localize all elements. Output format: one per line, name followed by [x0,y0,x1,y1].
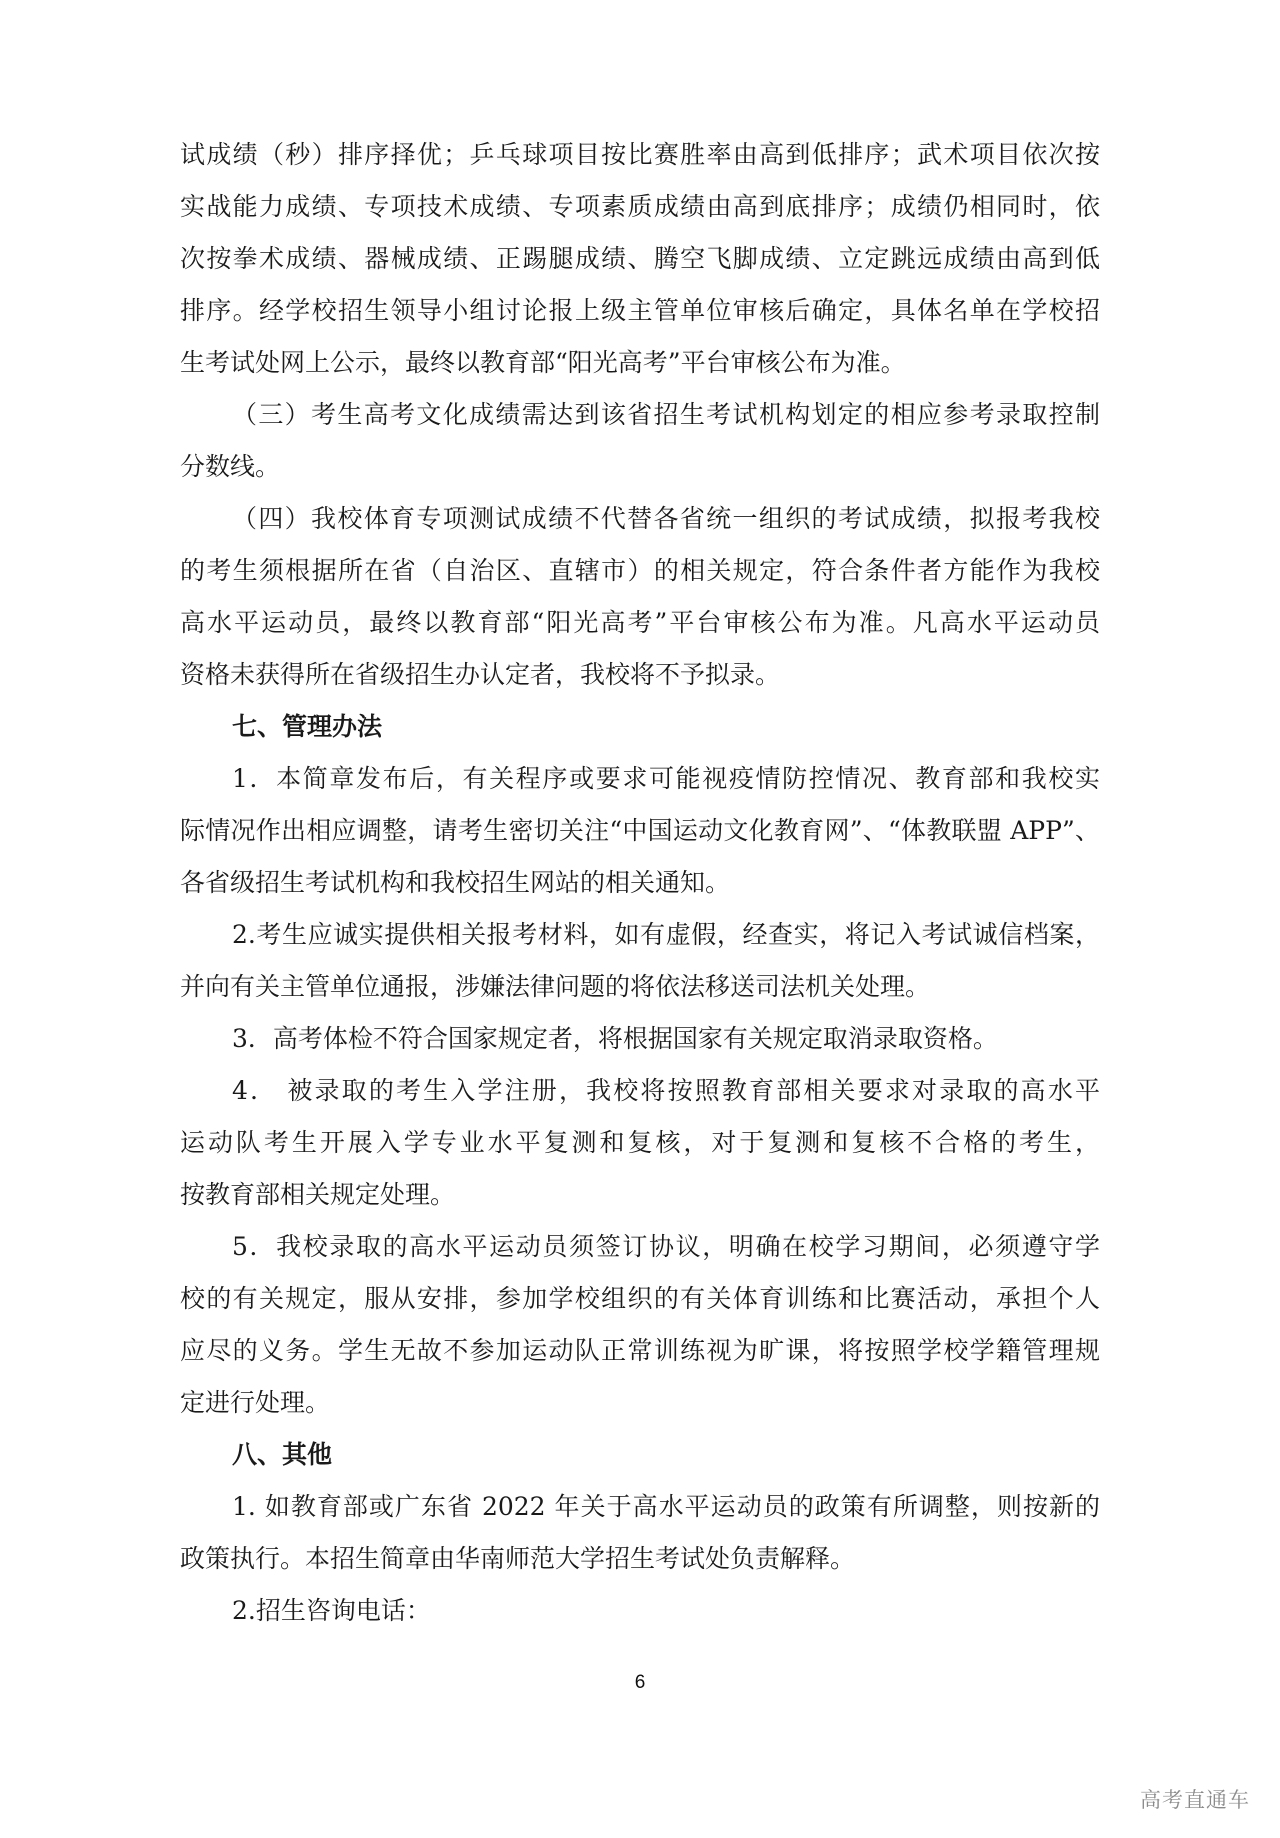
text-line: 排序。经学校招生领导小组讨论报上级主管单位审核后确定，具体名单在学校招 [180,285,1100,337]
text-line: 生考试处网上公示，最终以教育部“阳光高考”平台审核公布为准。 [180,337,1100,389]
text-line: 分数线。 [180,441,1100,493]
list-item-3: 3．高考体检不符合国家规定者，将根据国家有关规定取消录取资格。 [180,1013,1100,1065]
watermark: 高考直通车 [1140,1784,1250,1814]
list-item-4-start: 4． 被录取的考生入学注册，我校将按照教育部相关要求对录取的高水平 [180,1065,1100,1117]
page-number: 6 [620,1672,660,1694]
text-line: 并向有关主管单位通报，涉嫌法律问题的将依法移送司法机关处理。 [180,961,1100,1013]
section-heading-management: 七、管理办法 [180,701,1100,753]
list-item-2-start: 2.考生应诚实提供相关报考材料，如有虚假，经查实，将记入考试诚信档案， [180,909,1100,961]
paragraph-three-start: （三）考生高考文化成绩需达到该省招生考试机构划定的相应参考录取控制 [180,389,1100,441]
text-line: 运动队考生开展入学专业水平复测和复核，对于复测和复核不合格的考生， [180,1117,1100,1169]
paragraph-four-start: （四）我校体育专项测试成绩不代替各省统一组织的考试成绩，拟报考我校 [180,493,1100,545]
text-line: 资格未获得所在省级招生办认定者，我校将不予拟录。 [180,649,1100,701]
text-line: 高水平运动员，最终以教育部“阳光高考”平台审核公布为准。凡高水平运动员 [180,597,1100,649]
text-line: 政策执行。本招生简章由华南师范大学招生考试处负责解释。 [180,1533,1100,1585]
text-line: 各省级招生考试机构和我校招生网站的相关通知。 [180,857,1100,909]
list-item-5-start: 5．我校录取的高水平运动员须签订协议，明确在校学习期间，必须遵守学 [180,1221,1100,1273]
list-item-1-start: 1．本简章发布后，有关程序或要求可能视疫情防控情况、教育部和我校实 [180,753,1100,805]
text-line: 实战能力成绩、专项技术成绩、专项素质成绩由高到底排序；成绩仍相同时，依 [180,181,1100,233]
other-item-2-contact: 2.招生咨询电话： [180,1585,1100,1637]
document-page: 试成绩（秒）排序择优；乒乓球项目按比赛胜率由高到低排序；武术项目依次按 实战能力… [0,0,1280,1838]
other-item-1-start: 1. 如教育部或广东省 2022 年关于高水平运动员的政策有所调整，则按新的 [180,1481,1100,1533]
text-line: 校的有关规定，服从安排，参加学校组织的有关体育训练和比赛活动，承担个人 [180,1273,1100,1325]
text-line: 际情况作出相应调整，请考生密切关注“中国运动文化教育网”、“体教联盟 APP”、 [180,805,1100,857]
document-body: 试成绩（秒）排序择优；乒乓球项目按比赛胜率由高到低排序；武术项目依次按 实战能力… [180,129,1100,1637]
text-line: 定进行处理。 [180,1377,1100,1429]
text-line: 试成绩（秒）排序择优；乒乓球项目按比赛胜率由高到低排序；武术项目依次按 [180,129,1100,181]
text-line: 次按拳术成绩、器械成绩、正踢腿成绩、腾空飞脚成绩、立定跳远成绩由高到低 [180,233,1100,285]
text-line: 应尽的义务。学生无故不参加运动队正常训练视为旷课，将按照学校学籍管理规 [180,1325,1100,1377]
text-line: 的考生须根据所在省（自治区、直辖市）的相关规定，符合条件者方能作为我校 [180,545,1100,597]
section-heading-other: 八、其他 [180,1429,1100,1481]
text-line: 按教育部相关规定处理。 [180,1169,1100,1221]
